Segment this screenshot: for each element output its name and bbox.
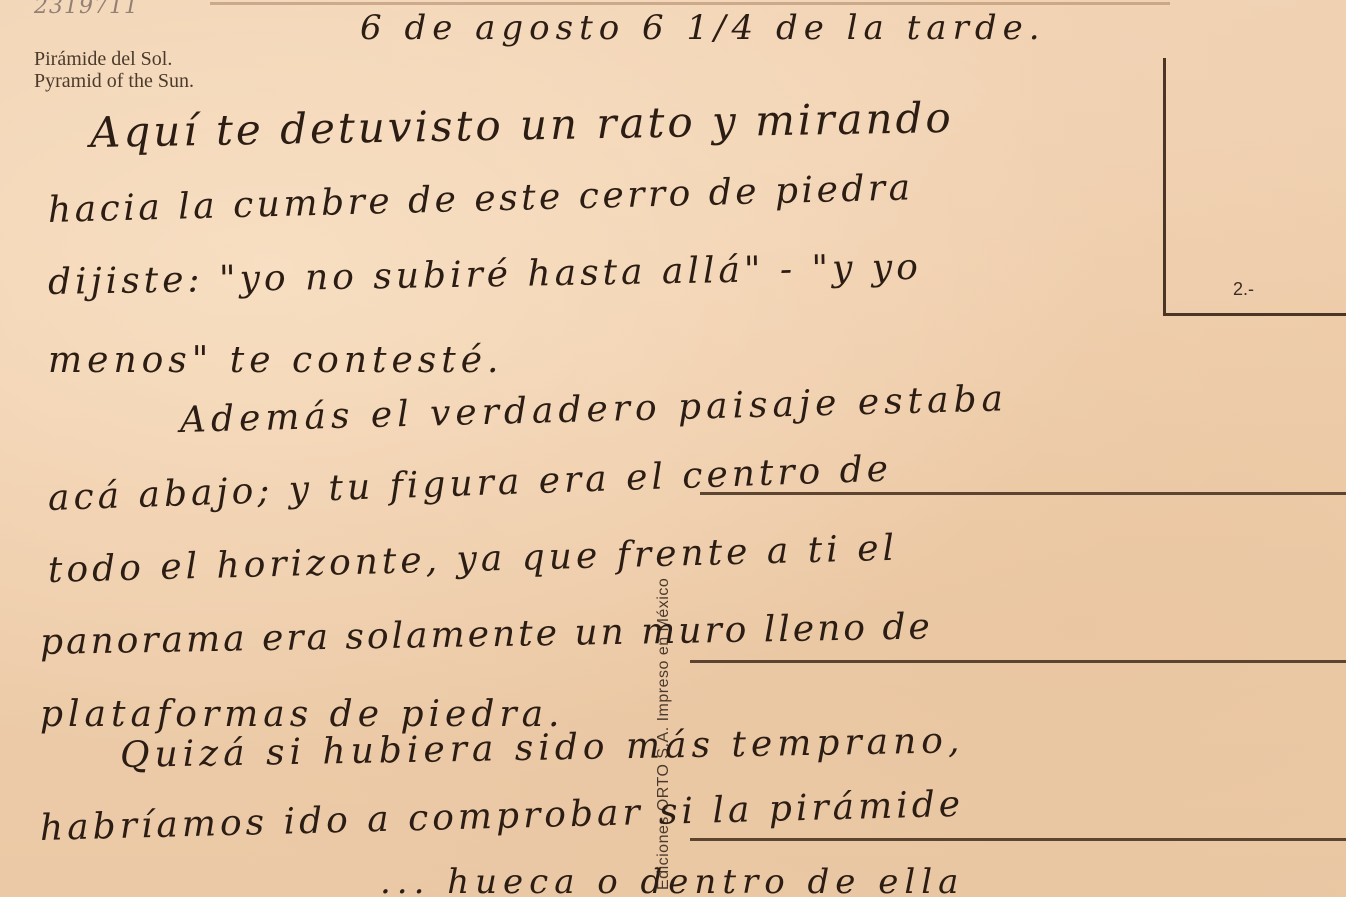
letter-line-12: ... hueca o dentro de ella [380,862,964,897]
caption-english: Pyramid of the Sun. [34,70,194,92]
top-edge-rule [210,2,1170,5]
printed-caption: Pirámide del Sol. Pyramid of the Sun. [34,48,194,92]
stamp-box [1163,58,1346,316]
letter-line-4: menos" te contesté. [48,340,503,381]
address-line-3 [690,838,1346,841]
archive-number: 2319711 [34,0,139,19]
letter-dateline: 6 de agosto 6 1/4 de la tarde. [360,8,1046,48]
caption-spanish: Pirámide del Sol. [34,48,194,70]
stamp-price: 2.- [1233,279,1254,300]
address-line-2 [690,660,1346,663]
